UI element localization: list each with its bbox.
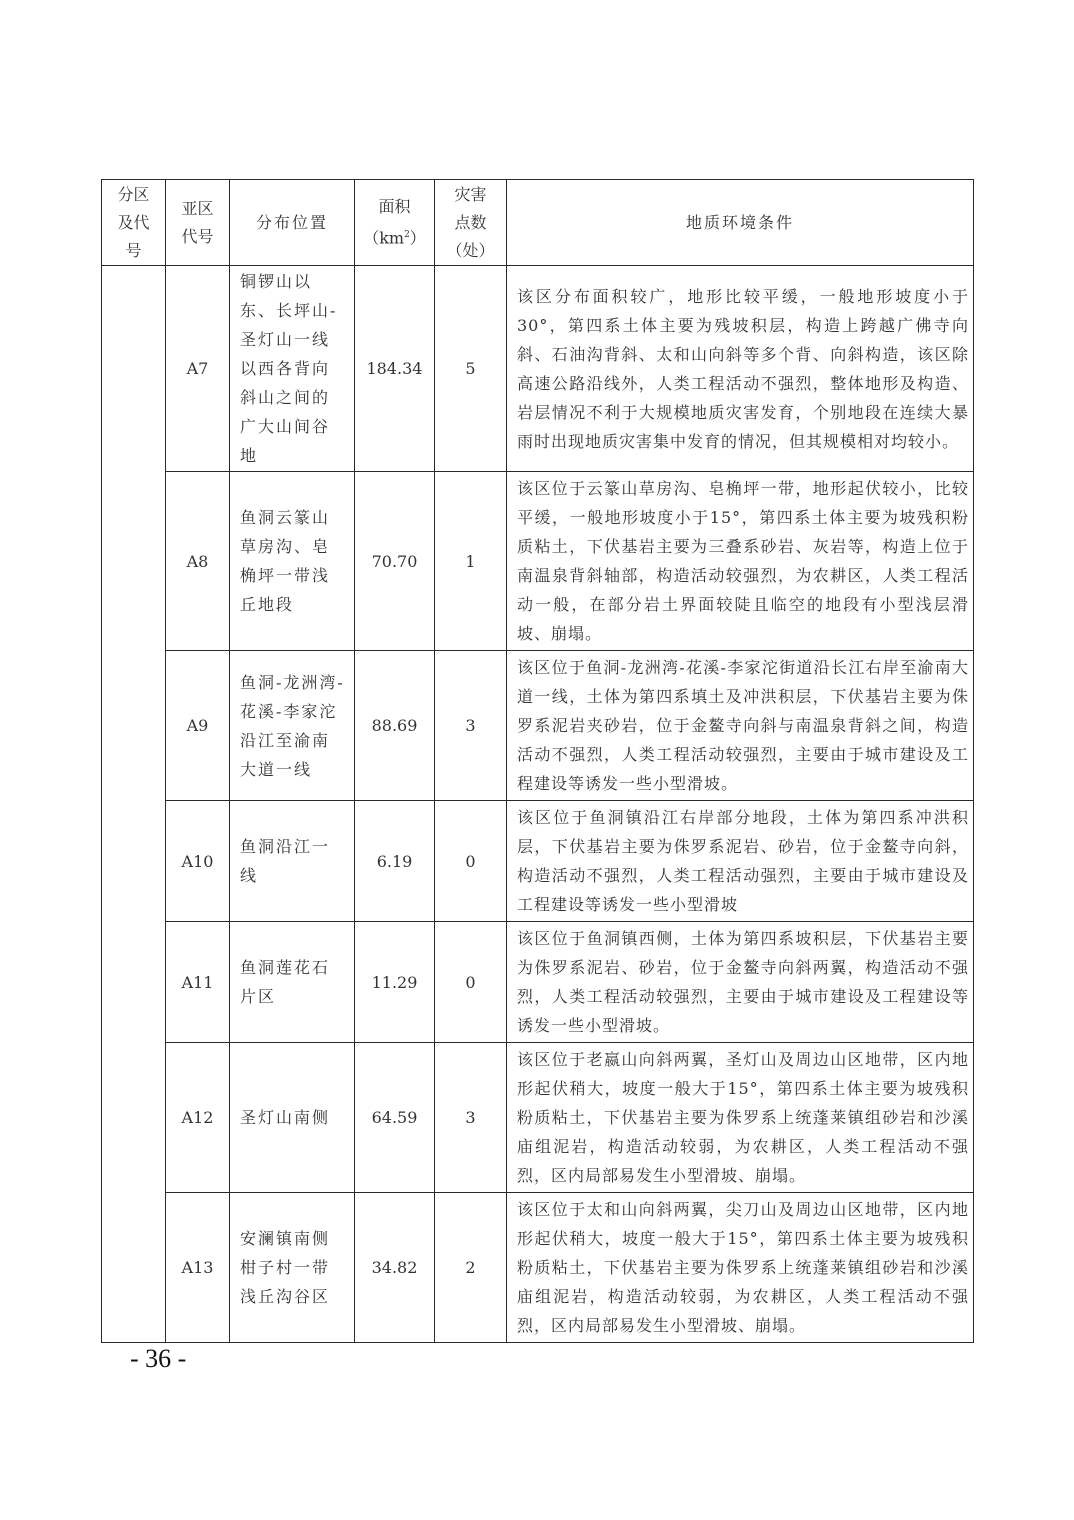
hazard-points-cell: 0 <box>435 922 507 1043</box>
location-cell: 圣灯山南侧 <box>230 1043 355 1193</box>
location-cell: 鱼洞沿江一线 <box>230 801 355 922</box>
area-cell: 88.69 <box>355 651 435 801</box>
header-text: 分布位置 <box>256 213 328 232</box>
area-cell: 34.82 <box>355 1193 435 1343</box>
location-cell: 鱼洞云篆山草房沟、皂桷坪一带浅丘地段 <box>230 472 355 651</box>
header-text: 点数 <box>454 213 486 232</box>
header-text: （处） <box>446 241 494 260</box>
zone-code-cell <box>102 266 166 1343</box>
geohazard-zone-table: 分区 及代 号 亚区 代号 分布位置 面积 <box>101 179 974 1343</box>
header-text: 亚区 <box>181 199 213 218</box>
header-text: 灾害 <box>454 185 486 204</box>
table-row: A13 安澜镇南侧柑子村一带浅丘沟谷区 34.82 2 该区位于太和山向斜两翼，… <box>102 1193 974 1343</box>
area-cell: 184.34 <box>355 266 435 472</box>
hazard-points-cell: 0 <box>435 801 507 922</box>
header-hazard-points: 灾害 点数 （处） <box>435 180 507 266</box>
header-text: 面积 <box>378 197 410 216</box>
location-cell: 铜锣山以东、长坪山-圣灯山一线以西各背向斜山之间的广大山间谷地 <box>230 266 355 472</box>
location-cell: 安澜镇南侧柑子村一带浅丘沟谷区 <box>230 1193 355 1343</box>
geology-cell: 该区位于鱼洞-龙洲湾-花溪-李家沱街道沿长江右岸至渝南大道一线，土体为第四系填土… <box>507 651 974 801</box>
hazard-points-cell: 3 <box>435 651 507 801</box>
header-text: 号 <box>125 241 141 260</box>
table-row: A11 鱼洞莲花石片区 11.29 0 该区位于鱼洞镇西侧，土体为第四系坡积层，… <box>102 922 974 1043</box>
header-text: 地质环境条件 <box>686 213 794 232</box>
geology-cell: 该区位于鱼洞镇西侧，土体为第四系坡积层，下伏基岩主要为侏罗系泥岩、砂岩，位于金鳌… <box>507 922 974 1043</box>
table-row: A7 铜锣山以东、长坪山-圣灯山一线以西各背向斜山之间的广大山间谷地 184.3… <box>102 266 974 472</box>
table-row: A12 圣灯山南侧 64.59 3 该区位于老嬴山向斜两翼，圣灯山及周边山区地带… <box>102 1043 974 1193</box>
hazard-points-cell: 2 <box>435 1193 507 1343</box>
header-zone-code: 分区 及代 号 <box>102 180 166 266</box>
table-row: A8 鱼洞云篆山草房沟、皂桷坪一带浅丘地段 70.70 1 该区位于云篆山草房沟… <box>102 472 974 651</box>
geology-cell: 该区位于太和山向斜两翼，尖刀山及周边山区地带，区内地形起伏稍大，坡度一般大于15… <box>507 1193 974 1343</box>
area-cell: 11.29 <box>355 922 435 1043</box>
geology-cell: 该区位于鱼洞镇沿江右岸部分地段，土体为第四系冲洪积层，下伏基岩主要为侏罗系泥岩、… <box>507 801 974 922</box>
header-text: 分区 <box>117 185 149 204</box>
geology-cell: 该区分布面积较广，地形比较平缓，一般地形坡度小于30°，第四系土体主要为残坡积层… <box>507 266 974 472</box>
area-cell: 6.19 <box>355 801 435 922</box>
subzone-code: A13 <box>166 1193 230 1343</box>
subzone-code: A9 <box>166 651 230 801</box>
header-text: ） <box>410 228 426 247</box>
subzone-code: A12 <box>166 1043 230 1193</box>
area-cell: 70.70 <box>355 472 435 651</box>
subzone-code: A10 <box>166 801 230 922</box>
header-text: 及代 <box>117 213 149 232</box>
header-subzone-code: 亚区 代号 <box>166 180 230 266</box>
document-page: 分区 及代 号 亚区 代号 分布位置 面积 <box>0 0 1074 1520</box>
area-cell: 64.59 <box>355 1043 435 1193</box>
header-geology: 地质环境条件 <box>507 180 974 266</box>
hazard-points-cell: 3 <box>435 1043 507 1193</box>
location-cell: 鱼洞莲花石片区 <box>230 922 355 1043</box>
header-location: 分布位置 <box>230 180 355 266</box>
geology-cell: 该区位于老嬴山向斜两翼，圣灯山及周边山区地带，区内地形起伏稍大，坡度一般大于15… <box>507 1043 974 1193</box>
subzone-code: A8 <box>166 472 230 651</box>
page-number: - 36 - <box>130 1344 186 1374</box>
hazard-points-cell: 1 <box>435 472 507 651</box>
header-text: 代号 <box>181 227 213 246</box>
hazard-points-cell: 5 <box>435 266 507 472</box>
subzone-code: A7 <box>166 266 230 472</box>
header-area: 面积 （km2） <box>355 180 435 266</box>
table-row: A10 鱼洞沿江一线 6.19 0 该区位于鱼洞镇沿江右岸部分地段，土体为第四系… <box>102 801 974 922</box>
table-row: A9 鱼洞-龙洲湾-花溪-李家沱沿江至渝南大道一线 88.69 3 该区位于鱼洞… <box>102 651 974 801</box>
header-text: （km <box>363 228 404 247</box>
subzone-code: A11 <box>166 922 230 1043</box>
table-header-row: 分区 及代 号 亚区 代号 分布位置 面积 <box>102 180 974 266</box>
location-cell: 鱼洞-龙洲湾-花溪-李家沱沿江至渝南大道一线 <box>230 651 355 801</box>
geology-cell: 该区位于云篆山草房沟、皂桷坪一带，地形起伏较小，比较平缓，一般地形坡度小于15°… <box>507 472 974 651</box>
